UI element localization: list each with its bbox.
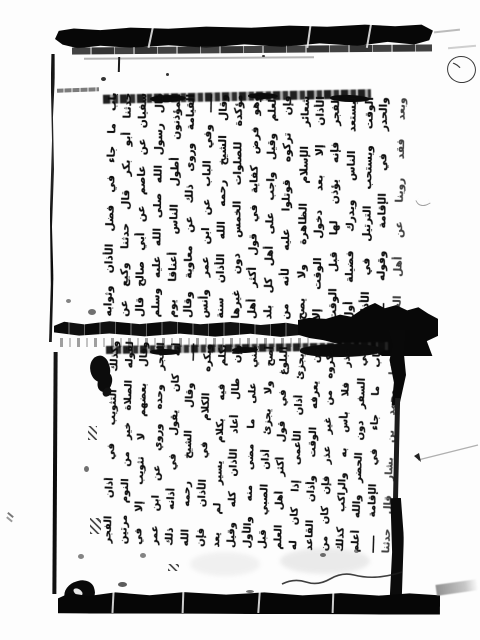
water-stain (190, 552, 260, 576)
manuscript-text-line: الفجر فإنه يؤذن لها قبل الوقت (326, 96, 344, 320)
margin-speck (168, 564, 179, 571)
film-band-gray-tail (435, 579, 478, 596)
margin-speck (84, 466, 89, 472)
film-edge-tick (57, 87, 99, 92)
manuscript-scan-photo: ١ باب ما جاء في فضل الأذان وثوابهحدثنا أ… (0, 0, 480, 640)
ink-speck (101, 77, 106, 81)
book-gutter-band (54, 319, 306, 338)
manuscript-text-line: وبعد فقد روينا عن أهل العلم (390, 97, 410, 321)
margin-squiggle-mark (415, 195, 430, 210)
margin-speck (118, 582, 127, 587)
margin-speck (140, 553, 146, 558)
margin-speck (66, 299, 71, 303)
ink-speck (262, 55, 265, 57)
manuscript-text-line: مؤكدة للصلوات الخمس دون غيرها (229, 95, 247, 319)
film-edge-left (49, 54, 55, 342)
film-edge-band-bottom (58, 590, 440, 614)
page-edge-line (393, 398, 400, 506)
stain-squiggle-line (280, 568, 405, 590)
manuscript-text-line: سفيان عن عاصم عن أبي صالح قال (133, 93, 151, 317)
manuscript-text-line: ليستعد الناس ويدرك فضيلة أول (342, 97, 361, 321)
manuscript-page-top: باب ما جاء في فضل الأذان وثوابهحدثنا أبو… (101, 92, 409, 321)
manuscript-text-line: القيامة وروى ذلك عن معاوية وقال (181, 94, 199, 318)
manuscript-text-line: والحدر في الإقامة وقوله ـــــ (374, 97, 392, 321)
margin-speck (320, 553, 326, 557)
margin-speck (246, 590, 254, 593)
stray-speck-left (7, 512, 14, 518)
scratch-line (412, 440, 480, 466)
stray-stroke-mark (118, 57, 120, 72)
page-number-numeral: ١ (449, 58, 465, 73)
margin-speck (90, 518, 101, 534)
ink-speck (166, 73, 169, 76)
margin-speck (78, 554, 84, 559)
margin-speck (354, 549, 359, 553)
faint-scratch (434, 29, 460, 34)
margin-speck (88, 426, 97, 440)
manuscript-text-line: فإن تركوه قوتلوا عليه لأنه من (277, 95, 295, 319)
margin-speck (88, 309, 96, 315)
manuscript-page-bottom: وكذلك التثويب في أذان الفجرلقوله الصلاة … (101, 340, 402, 553)
faint-scratch (448, 45, 476, 49)
film-edge-left-lower (52, 352, 57, 594)
page-number-circle-annotation: ١ (445, 53, 479, 85)
